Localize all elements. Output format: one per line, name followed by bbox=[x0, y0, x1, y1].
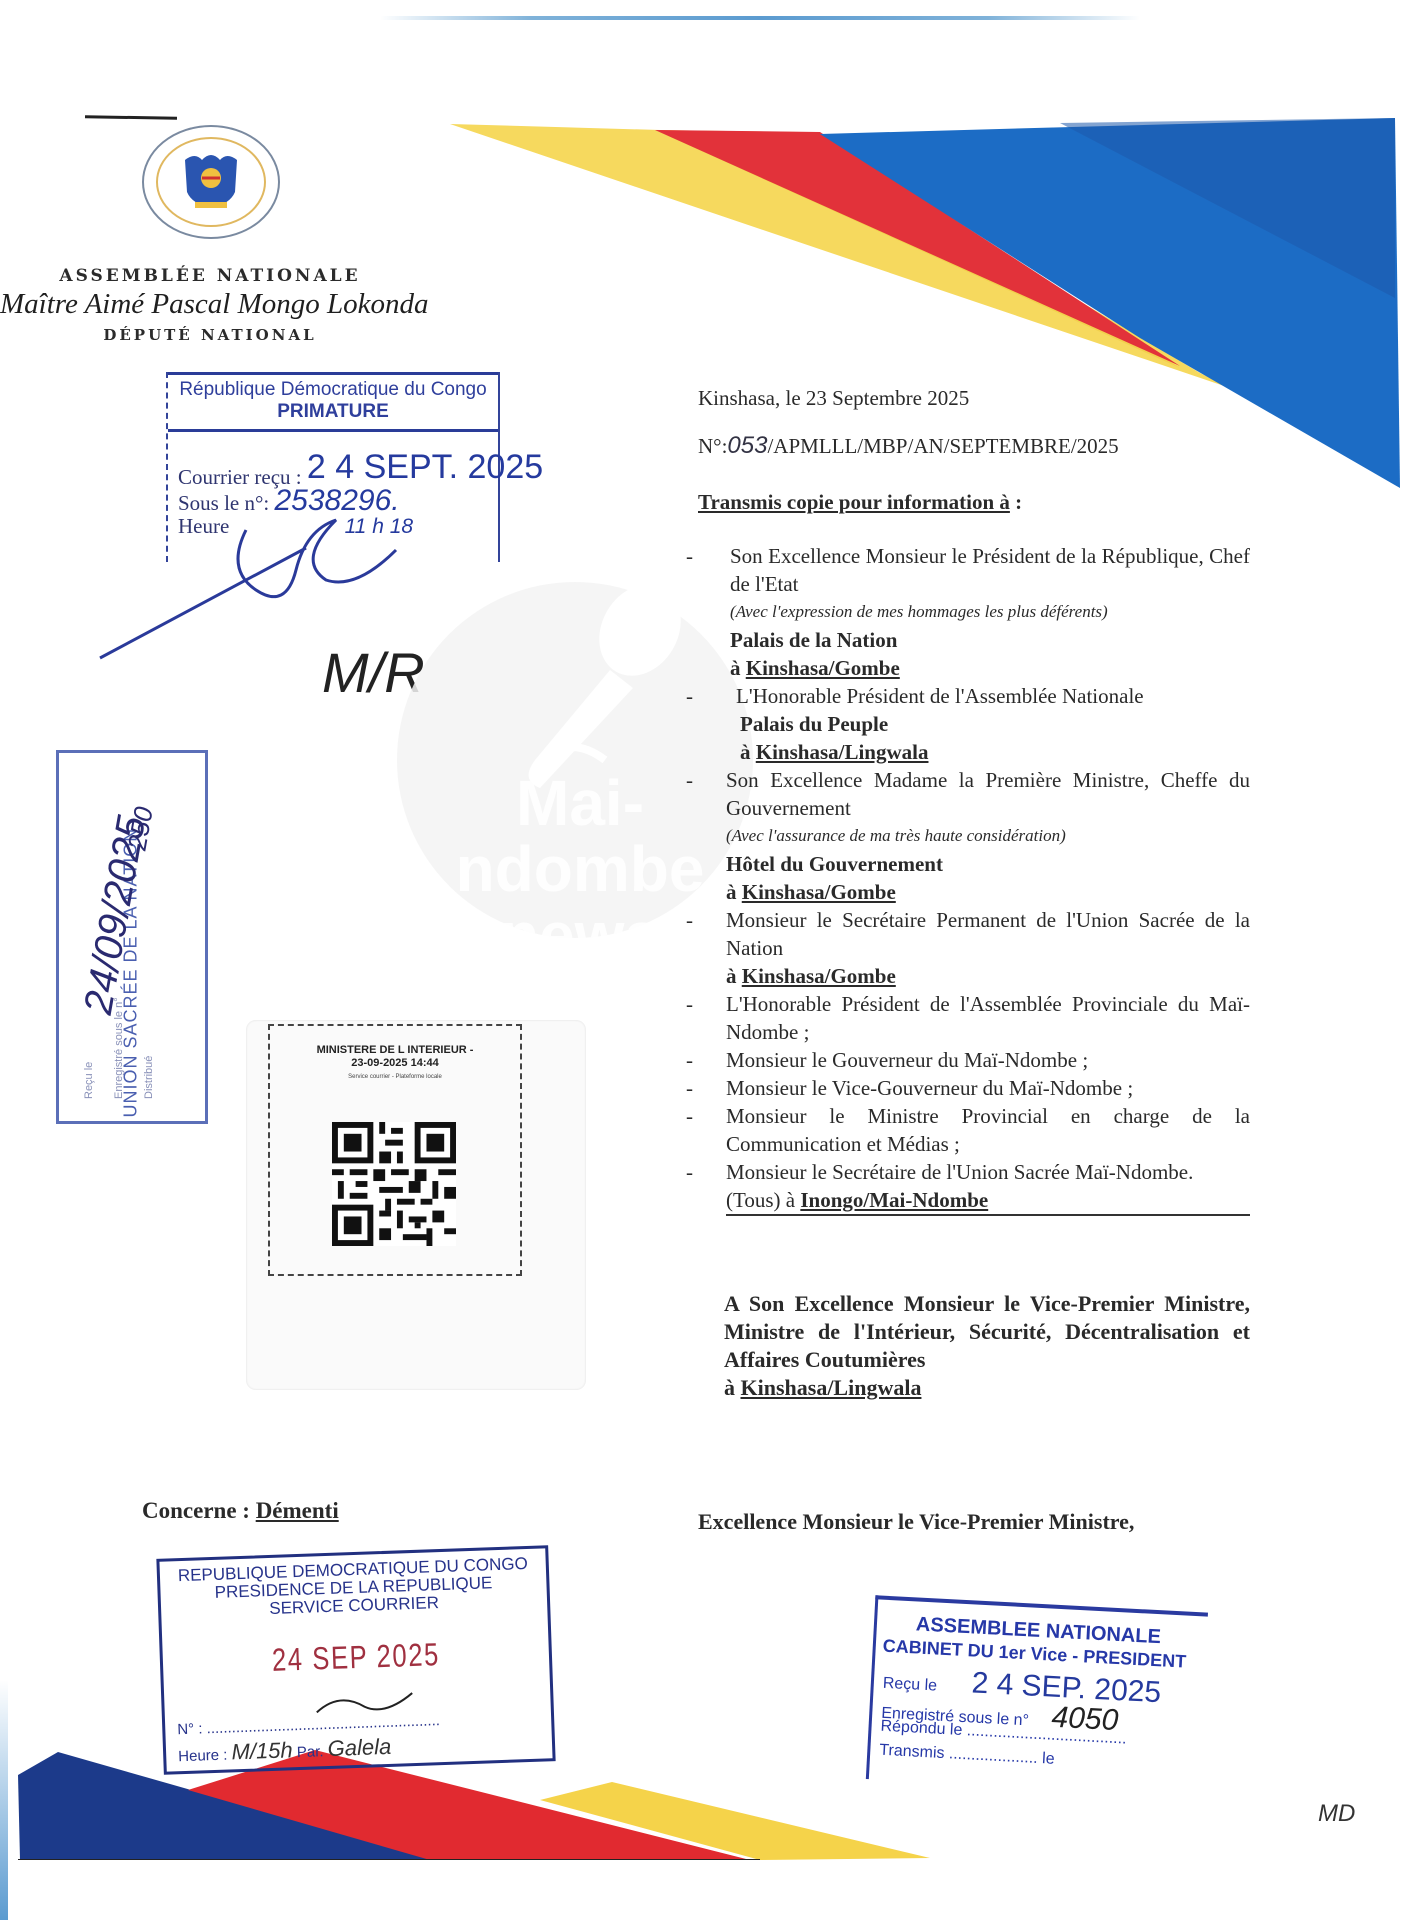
reference-number: N°:053/APMLLL/MBP/AN/SEPTEMBRE/2025 bbox=[698, 432, 1250, 460]
recipient-list: - Son Excellence Monsieur le Président d… bbox=[698, 542, 1250, 1216]
list-dash: - bbox=[686, 1046, 693, 1074]
addressee: A Son Excellence Monsieur le Vice-Premie… bbox=[724, 1290, 1250, 1374]
city-prefix: à bbox=[726, 964, 742, 988]
stamp-primature-line2: PRIMATURE bbox=[168, 401, 498, 423]
stamp-assemblee-cabinet: ASSEMBLEE NATIONALE CABINET DU 1er Vice … bbox=[865, 1595, 1215, 1813]
list-dash: - bbox=[686, 990, 693, 1018]
list-item: - L'Honorable Président de l'Assemblée P… bbox=[726, 990, 1250, 1046]
list-dash: - bbox=[686, 766, 693, 794]
list-dash: - bbox=[686, 1158, 693, 1186]
presidence-number-label: N° : bbox=[177, 1720, 203, 1738]
all-recipients-city: (Tous) à Inongo/Mai-Ndombe bbox=[726, 1186, 1250, 1216]
list-item: - L'Honorable Président de l'Assemblée N… bbox=[736, 682, 1250, 766]
addressee-city: Kinshasa/Lingwala bbox=[741, 1375, 922, 1400]
top-edge-line bbox=[380, 16, 1140, 20]
list-dash: - bbox=[686, 1102, 693, 1130]
assemblee-answered-label: Répondu le bbox=[880, 1718, 963, 1739]
page-initials: MD bbox=[1318, 1800, 1355, 1828]
recipient-note: (Avec l'expression de mes hommages les p… bbox=[730, 598, 1250, 626]
all-prefix: (Tous) à bbox=[726, 1188, 800, 1212]
subject-line: Concerne : Démenti bbox=[142, 1498, 339, 1524]
recipient-line: Monsieur le Secrétaire Permanent de l'Un… bbox=[726, 906, 1250, 962]
stamp-union-sacree: UNION SACRÉE DE LA NATION Reçu le Enregi… bbox=[56, 750, 208, 1124]
presidence-hour-value: M/15h bbox=[231, 1737, 293, 1764]
assemblee-nationale-seal-icon bbox=[140, 122, 282, 242]
recipient-place: Hôtel du Gouvernement bbox=[726, 850, 1250, 878]
stamp-primature-line1: République Démocratique du Congo bbox=[179, 379, 486, 400]
letterhead-institution: ASSEMBLÉE NATIONALE bbox=[0, 266, 420, 286]
subject-value: Démenti bbox=[256, 1498, 339, 1523]
recipient-line: Monsieur le Secrétaire de l'Union Sacrée… bbox=[726, 1158, 1250, 1186]
recipient-city: Kinshasa/Lingwala bbox=[756, 740, 929, 764]
list-item: - Monsieur le Ministre Provincial en cha… bbox=[726, 1102, 1250, 1158]
recipient-place: Palais de la Nation bbox=[730, 626, 1250, 654]
recipient-line: L'Honorable Président de l'Assemblée Nat… bbox=[736, 682, 1250, 710]
stamp-presidence: REPUBLIQUE DEMOCRATIQUE DU CONGO PRESIDE… bbox=[156, 1545, 555, 1775]
recipient-line: Son Excellence Monsieur le Président de … bbox=[730, 542, 1250, 598]
presidence-hour-label: Heure : bbox=[178, 1747, 228, 1766]
list-item: - Son Excellence Monsieur le Président d… bbox=[730, 542, 1250, 682]
recipient-place: Palais du Peuple bbox=[740, 710, 1250, 738]
reference-handwritten: 053 bbox=[727, 432, 767, 459]
copy-heading: Transmis copie pour information à : bbox=[698, 488, 1250, 516]
list-dash: - bbox=[686, 1074, 693, 1102]
recipient-city: Kinshasa/Gombe bbox=[742, 880, 896, 904]
stamp-ministere-interieur: MINISTERE DE L INTERIEUR - 23-09-2025 14… bbox=[268, 1024, 522, 1276]
signature-primature bbox=[96, 500, 406, 660]
city-prefix: à bbox=[740, 740, 756, 764]
list-dash: - bbox=[686, 682, 693, 710]
recipient-line: L'Honorable Président de l'Assemblée Pro… bbox=[726, 990, 1250, 1046]
recipient-note: (Avec l'assurance de ma très haute consi… bbox=[726, 822, 1250, 850]
recipient-line: Monsieur le Gouverneur du Maï-Ndombe ; bbox=[726, 1046, 1250, 1074]
city-prefix: à bbox=[730, 656, 746, 680]
copy-heading-text: Transmis copie pour information à bbox=[698, 490, 1010, 514]
salutation: Excellence Monsieur le Vice-Premier Mini… bbox=[698, 1508, 1250, 1536]
list-item: - Monsieur le Secrétaire de l'Union Sacr… bbox=[726, 1158, 1250, 1186]
recipient-line: Monsieur le Ministre Provincial en charg… bbox=[726, 1102, 1250, 1158]
place-date: Kinshasa, le 23 Septembre 2025 bbox=[698, 384, 1250, 412]
stamp-union-number: 250 bbox=[122, 804, 160, 852]
list-dash: - bbox=[686, 906, 693, 934]
presidence-date: 24 SEP 2025 bbox=[201, 1634, 511, 1682]
list-dash: - bbox=[686, 542, 693, 570]
reference-suffix: /APMLLL/MBP/AN/SEPTEMBRE/2025 bbox=[767, 434, 1118, 458]
assemblee-transmitted-label: Transmis bbox=[879, 1742, 945, 1762]
list-item: - Monsieur le Secrétaire Permanent de l'… bbox=[726, 906, 1250, 990]
addressee-block: A Son Excellence Monsieur le Vice-Premie… bbox=[724, 1290, 1250, 1402]
received-value: 2 4 SEPT. 2025 bbox=[307, 448, 543, 486]
interieur-subtitle: Service courrier - Plateforme locale bbox=[270, 1074, 520, 1080]
recipient-line: Monsieur le Vice-Gouverneur du Maï-Ndomb… bbox=[726, 1074, 1250, 1102]
copy-heading-colon: : bbox=[1010, 490, 1022, 514]
stamp-union-dispatched-label: Distribué bbox=[143, 859, 155, 1099]
qr-code-icon[interactable] bbox=[332, 1122, 456, 1246]
city-prefix: à bbox=[724, 1375, 741, 1400]
city-prefix: à bbox=[726, 880, 742, 904]
interieur-datetime: 23-09-2025 14:44 bbox=[270, 1057, 520, 1070]
assemblee-transmitted-suffix: le bbox=[1042, 1750, 1055, 1768]
header-rule bbox=[85, 115, 177, 120]
subject-label: Concerne : bbox=[142, 1498, 256, 1523]
letterhead-title: DÉPUTÉ NATIONAL bbox=[0, 326, 420, 344]
list-item: - Monsieur le Vice-Gouverneur du Maï-Ndo… bbox=[726, 1074, 1250, 1102]
recipient-line: Son Excellence Madame la Première Minist… bbox=[726, 766, 1250, 822]
presidence-by-label: Par. bbox=[297, 1743, 324, 1761]
letterhead-name: Maître Aimé Pascal Mongo Lokonda bbox=[0, 288, 460, 321]
list-item: - Son Excellence Madame la Première Mini… bbox=[726, 766, 1250, 906]
list-item: - Monsieur le Gouverneur du Maï-Ndombe ; bbox=[726, 1046, 1250, 1074]
presidence-by-value: Galela bbox=[327, 1734, 391, 1761]
interieur-title: MINISTERE DE L INTERIEUR - bbox=[270, 1044, 520, 1057]
recipient-city: Kinshasa/Gombe bbox=[746, 656, 900, 680]
recipient-city: Kinshasa/Gombe bbox=[742, 964, 896, 988]
reference-prefix: N°: bbox=[698, 434, 727, 458]
all-city: Inongo/Mai-Ndombe bbox=[800, 1188, 988, 1212]
